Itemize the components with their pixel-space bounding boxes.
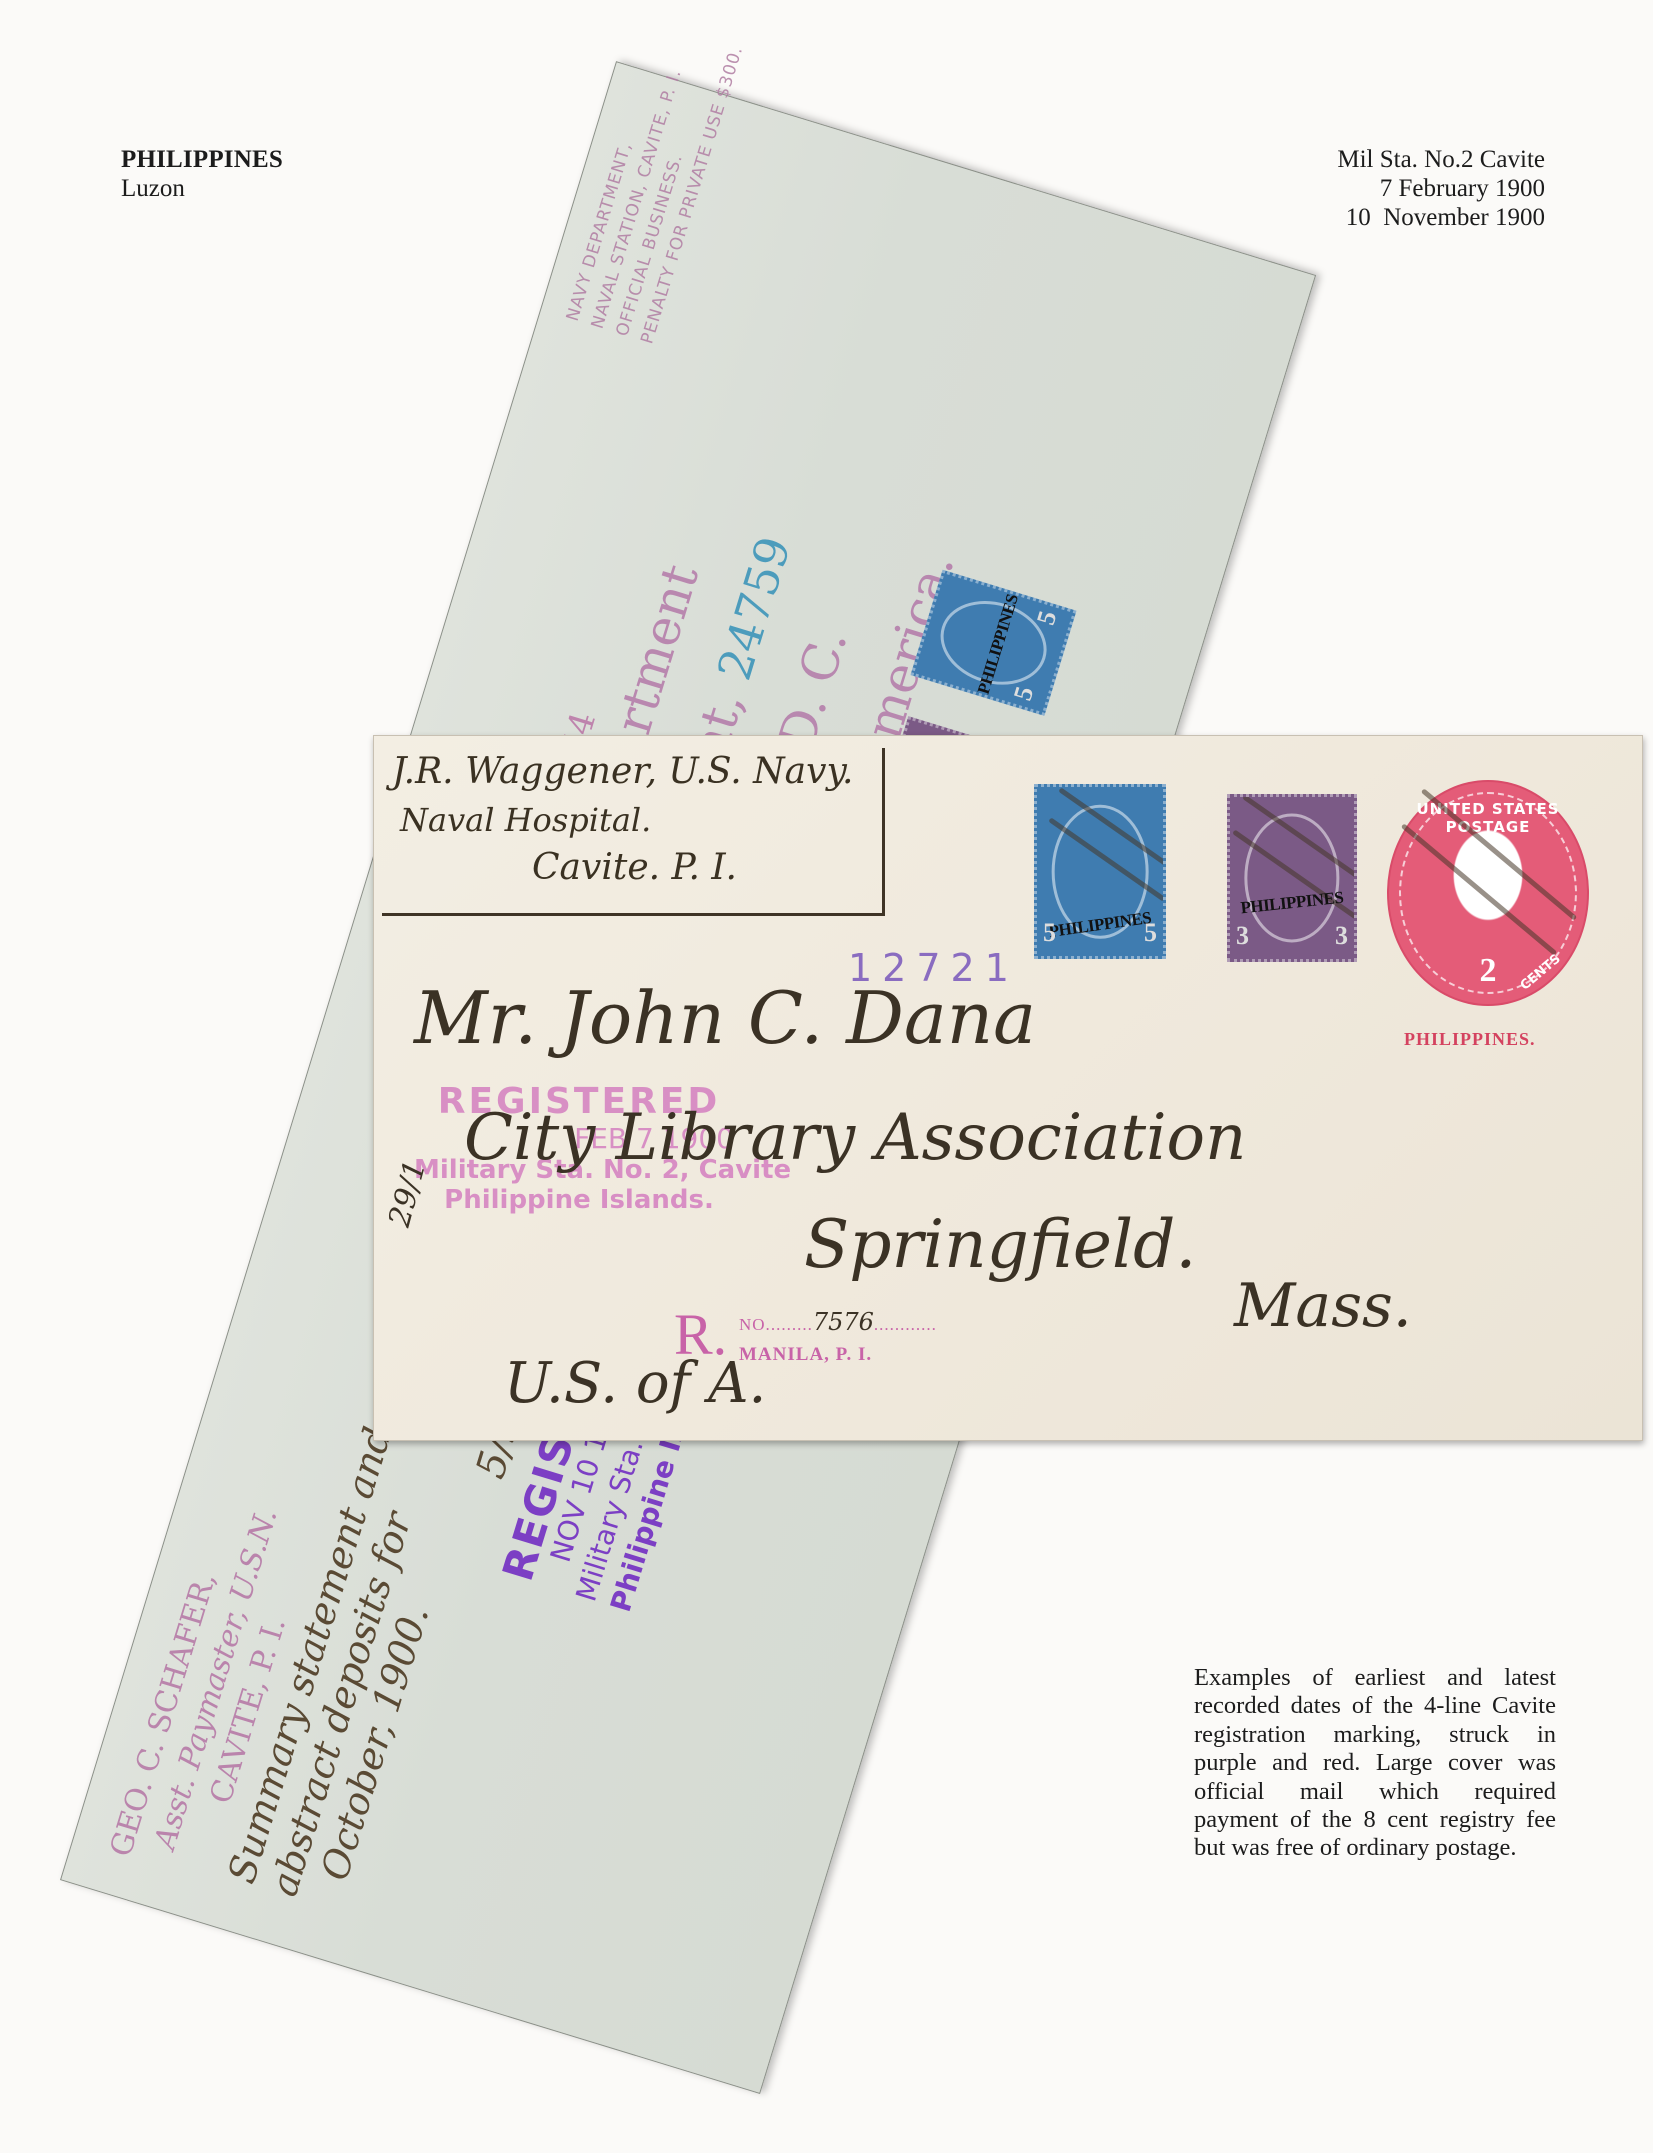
- addressee-state: Mass.: [1234, 1271, 1412, 1341]
- registry-r: R.: [674, 1302, 727, 1367]
- stamp-denomination: 3: [1236, 921, 1249, 951]
- return-line: Naval Hospital.: [382, 796, 882, 844]
- no-label: NO.: [739, 1315, 771, 1334]
- return-line: Cavite. P. I.: [382, 844, 882, 892]
- navy-corner-card: NAVY DEPARTMENT, NAVAL STATION, CAVITE, …: [560, 20, 750, 347]
- registry-handwritten-number: 7576: [813, 1308, 874, 1336]
- stamp-denomination: 3: [1335, 921, 1348, 951]
- embossed-indicium-2c: UNITED STATES POSTAGE 2 CENTS: [1387, 780, 1589, 1006]
- reg-line: Philippine Islands.: [414, 1185, 744, 1215]
- caption: Examples of earliest and latest recorded…: [1194, 1664, 1556, 1863]
- registry-number-label: NO.........7576............: [739, 1308, 937, 1336]
- stamp-denomination: 5: [1043, 918, 1056, 948]
- stamp-3c-purple: PHILIPPINES 3 3: [1227, 794, 1357, 962]
- small-registered-cover: J.R. Waggener, U.S. Navy. Naval Hospital…: [373, 735, 1643, 1441]
- registry-office: MANILA, P. I.: [739, 1344, 872, 1365]
- docket-number: 29/1: [382, 1156, 433, 1230]
- return-line: J.R. Waggener, U.S. Navy.: [382, 748, 882, 796]
- stamp-denomination: 5: [1008, 683, 1040, 704]
- indicium-ring-text: UNITED STATES POSTAGE: [1389, 800, 1587, 836]
- registry-label: R.: [674, 1301, 727, 1368]
- return-address-box: J.R. Waggener, U.S. Navy. Naval Hospital…: [382, 748, 885, 916]
- stamp-denomination: 5: [1144, 918, 1157, 948]
- addressee-city: Springfield.: [804, 1206, 1196, 1283]
- addressee-organization: City Library Association: [464, 1101, 1246, 1175]
- philippines-imprint: PHILIPPINES.: [1404, 1029, 1536, 1050]
- stamp-5c-blue: PHILIPPINES 5 5: [1034, 784, 1166, 959]
- registry-office-label: MANILA, P. I.: [739, 1344, 872, 1366]
- addressee-name: Mr. John C. Dana: [414, 976, 1036, 1060]
